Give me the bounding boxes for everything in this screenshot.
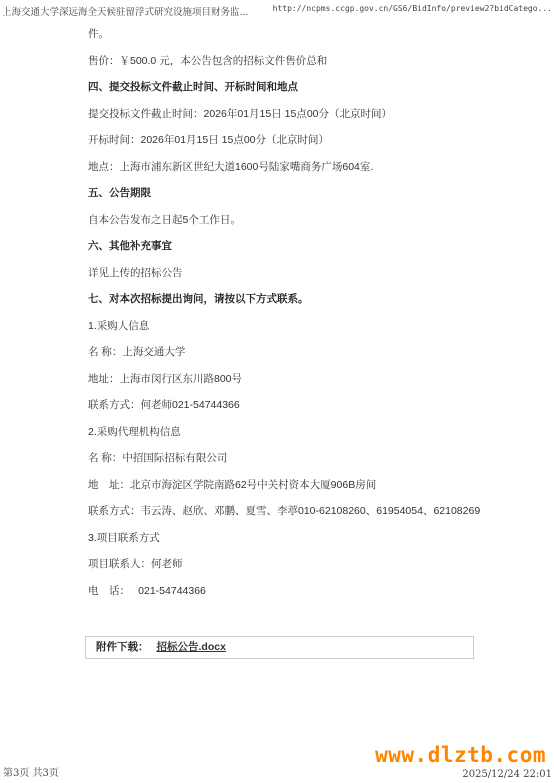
document-body: 件。 售价：￥500.0 元，本公告包含的招标文件售价总和 四、提交投标文件截止… bbox=[88, 28, 494, 659]
continuation-line: 件。 bbox=[88, 28, 494, 40]
supplementary-note-line: 详见上传的招标公告 bbox=[88, 267, 494, 279]
project-contact-heading: 3.项目联系方式 bbox=[88, 532, 494, 544]
agency-name-line: 名 称：中招国际招标有限公司 bbox=[88, 452, 494, 464]
submission-deadline-line: 提交投标文件截止时间：2026年01月15日 15点00分（北京时间） bbox=[88, 108, 494, 120]
print-header: 上海交通大学深远海全天候驻留浮式研究设施项目财务监... http://ncpm… bbox=[2, 4, 552, 18]
document-title: 上海交通大学深远海全天候驻留浮式研究设施项目财务监... bbox=[2, 4, 249, 18]
print-timestamp: 2025/12/24 22:01 bbox=[462, 769, 552, 780]
attachment-label: 附件下载： bbox=[96, 641, 149, 653]
agency-contact-line: 联系方式：韦云涛、赵欣、邓鹏、夏雪、李葶010-62108260、6195405… bbox=[88, 505, 494, 517]
document-url: http://ncpms.ccgp.gov.cn/GS6/BidInfo/pre… bbox=[273, 4, 552, 13]
location-line: 地点：上海市浦东新区世纪大道1600号陆家嘴商务广场604室. bbox=[88, 161, 494, 173]
print-preview-page: 上海交通大学深远海全天候驻留浮式研究设施项目财务监... http://ncpm… bbox=[0, 0, 554, 783]
section-5-heading: 五、公告期限 bbox=[88, 187, 494, 199]
purchaser-name-line: 名 称：上海交通大学 bbox=[88, 346, 494, 358]
watermark-text: www.dlztb.com bbox=[375, 743, 546, 767]
bid-opening-time-line: 开标时间：2026年01月15日 15点00分（北京时间） bbox=[88, 134, 494, 146]
price-line: 售价：￥500.0 元，本公告包含的招标文件售价总和 bbox=[88, 55, 494, 67]
agency-address-line: 地 址：北京市海淀区学院南路62号中关村资本大厦906B房间 bbox=[88, 479, 494, 491]
purchaser-contact-line: 联系方式：何老师021-54744366 bbox=[88, 399, 494, 411]
purchaser-address-line: 地址：上海市闵行区东川路800号 bbox=[88, 373, 494, 385]
project-contact-person-line: 项目联系人：何老师 bbox=[88, 558, 494, 570]
page-number-indicator: 第3页 共3页 bbox=[3, 764, 59, 779]
section-4-heading: 四、提交投标文件截止时间、开标时间和地点 bbox=[88, 81, 494, 93]
purchaser-info-heading: 1.采购人信息 bbox=[88, 320, 494, 332]
announcement-period-line: 自本公告发布之日起5个工作日。 bbox=[88, 214, 494, 226]
agency-info-heading: 2.采购代理机构信息 bbox=[88, 426, 494, 438]
attachment-download-box: 附件下载：招标公告.docx bbox=[85, 636, 474, 659]
project-phone-line: 电 话： 021-54744366 bbox=[88, 585, 494, 597]
section-7-heading: 七、对本次招标提出询问，请按以下方式联系。 bbox=[88, 293, 494, 305]
attachment-file-link[interactable]: 招标公告.docx bbox=[157, 641, 226, 653]
section-6-heading: 六、其他补充事宜 bbox=[88, 240, 494, 252]
